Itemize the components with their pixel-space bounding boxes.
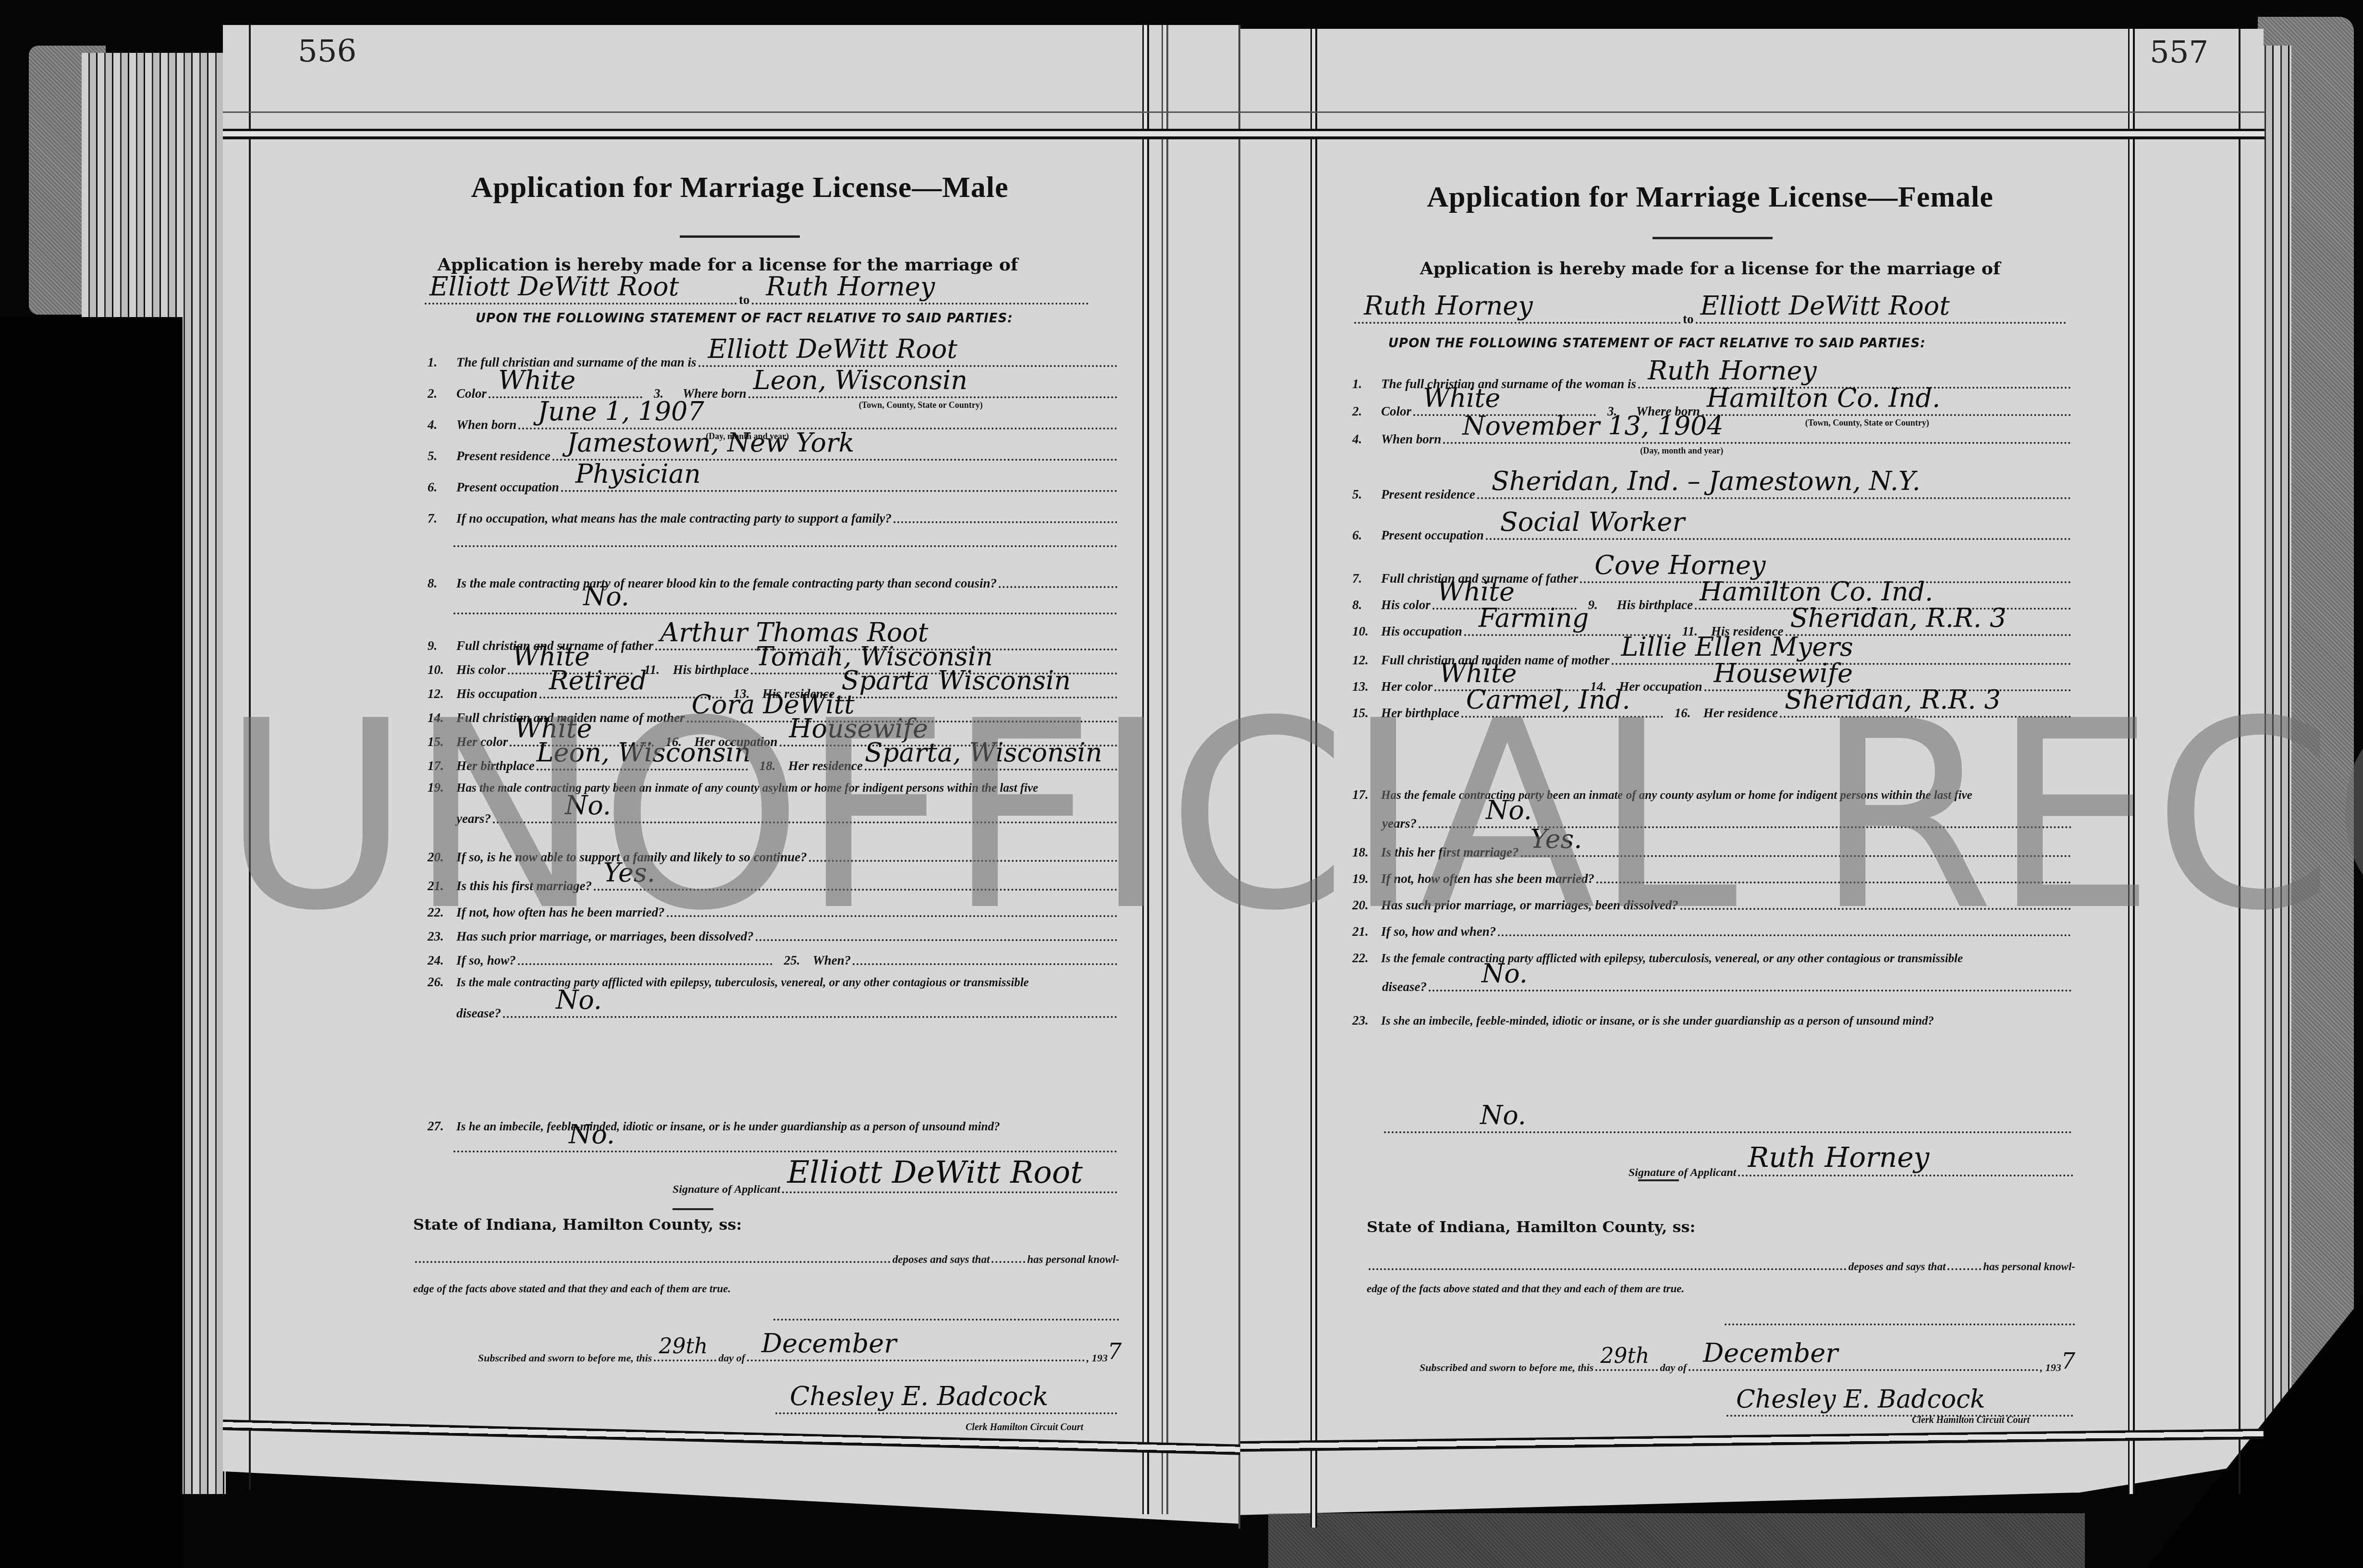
right-edge-text: edge of the facts above stated and that … [1367, 1283, 1684, 1295]
left-state-heading: State of Indiana, Hamilton County, ss: [413, 1215, 742, 1234]
left-form-title: Application for Marriage License—Male [418, 171, 1062, 205]
right-field-19: 19. If not, how often has she been marri… [1352, 857, 2073, 886]
right-field-4-value: November 13, 1904 [1462, 411, 1723, 441]
left-sworn-month: December [761, 1328, 896, 1359]
right-deposes-line: deposes and says that has personal knowl… [1367, 1249, 2075, 1273]
left-field-21-value: Yes. [603, 857, 655, 888]
left-statement-heading: UPON THE FOLLOWING STATEMENT OF FACT REL… [476, 311, 1013, 326]
left-field-5-value: Jamestown, New York [567, 428, 855, 458]
right-intro: Application is hereby made for a license… [1379, 258, 2042, 279]
left-field-8-answer: No. [452, 588, 1119, 617]
right-state-heading: State of Indiana, Hamilton County, ss: [1367, 1218, 1695, 1236]
right-field-1-value: Ruth Horney [1648, 355, 1817, 386]
rule-right-margin [2128, 29, 2135, 1494]
left-edge-text: edge of the facts above stated and that … [413, 1283, 731, 1295]
right-field-22-answer: disease? No. [1382, 966, 2074, 994]
right-field-8-value: White [1437, 576, 1515, 607]
rule-left-inner-2 [1162, 25, 1168, 1514]
right-field-15-16: 15. Her birthplace Carmel, Ind. 16. Her … [1352, 692, 2073, 721]
right-field-2-value: White [1423, 383, 1500, 413]
right-field-23-answer: No. [1382, 1107, 2074, 1136]
left-signature-line: Signature of Applicant Elliott DeWitt Ro… [673, 1158, 1119, 1196]
right-field-6: 6. Present occupation Social Worker [1352, 514, 2073, 543]
right-field-4-hint: (Day, month and year) [1640, 446, 1723, 456]
right-field-18-value: Yes. [1530, 824, 1582, 854]
right-party-a: Ruth Horney [1364, 291, 1533, 321]
right-field-15-value: Carmel, Ind. [1466, 685, 1630, 715]
right-field-3-value: Hamilton Co. Ind. [1707, 383, 1940, 413]
left-field-7-cont [452, 531, 1119, 550]
page-number-right: 557 [2150, 35, 2208, 70]
right-signature-rule [1638, 1179, 1679, 1181]
left-signature-rule [673, 1208, 713, 1210]
right-field-23: 23. Is she an imbecile, feeble-minded, i… [1352, 999, 2073, 1028]
right-field-7-value: Cove Horney [1594, 550, 1765, 580]
right-signature-line: Signature of Applicant Ruth Horney [1628, 1151, 2075, 1179]
left-field-6-value: Physician [575, 459, 701, 489]
right-field-17: 17. Has the female contracting party bee… [1352, 773, 2073, 802]
left-field-1-value: Elliott DeWitt Root [708, 334, 957, 364]
left-field-4-value: June 1, 1907 [538, 396, 704, 427]
left-field-21: 21. Is this his first marriage? Yes. [428, 865, 1119, 894]
rule-left-margin [249, 25, 251, 1490]
right-parties-line: Ruth Horney to Elliott DeWitt Root [1352, 288, 2068, 327]
right-field-14-value: Housewife [1714, 658, 1853, 688]
page-number-left: 556 [298, 34, 356, 69]
shadow-left-bottom [0, 317, 183, 1568]
left-field-27-value: No. [569, 1119, 615, 1150]
right-field-12-value: Lillie Ellen Myers [1621, 632, 1853, 662]
right-sworn-day: 29th [1600, 1344, 1649, 1368]
right-connector: to [1683, 312, 1694, 327]
left-field-26-value: No. [556, 985, 602, 1015]
left-sworn-line: Subscribed and sworn to before me, this … [478, 1335, 1122, 1364]
rule-right-inner [1310, 29, 1317, 1528]
right-statement-heading: UPON THE FOLLOWING STATEMENT OF FACT REL… [1388, 336, 1926, 351]
right-field-4: 4. When born November 13, 1904 (Day, mon… [1352, 418, 2073, 447]
right-title-rule [1653, 237, 1773, 239]
left-field-2-value: White [498, 365, 575, 395]
rule-gutter [1238, 25, 1240, 1529]
right-field-22-value: No. [1481, 958, 1528, 989]
left-field-6: 6. Present occupation Physician [428, 466, 1119, 495]
left-field-19: 19. Has the male contracting party been … [428, 771, 1119, 795]
left-deposes-line: deposes and says that has personal knowl… [413, 1242, 1119, 1266]
right-notary-blank [1725, 1323, 2075, 1325]
right-form-title: Application for Marriage License—Female [1359, 180, 2061, 214]
left-clerk-signature: Chesley E. Badcock [790, 1381, 1049, 1411]
left-field-26-answer: disease? No. [456, 992, 1119, 1021]
right-sworn-line: Subscribed and sworn to before me, this … [1420, 1345, 2075, 1374]
left-notary-blank [773, 1319, 1119, 1321]
book-cover-bottom [1268, 1513, 2085, 1568]
right-clerk-signature: Chesley E. Badcock [1736, 1385, 1985, 1414]
left-sworn-day: 29th [659, 1334, 708, 1359]
left-field-13-value: Sparta Wisconsin [842, 665, 1071, 696]
left-field-5: 5. Present residence Jamestown, New York [428, 435, 1119, 464]
left-year-digit: 7 [1108, 1338, 1122, 1364]
rule-right-edge [2239, 29, 2241, 1494]
left-field-18-value: Sparta, Wisconsin [865, 737, 1102, 768]
right-field-13-value: White [1439, 658, 1517, 688]
right-field-11-value: Sheridan, R.R. 3 [1790, 603, 2007, 633]
right-applicant-signature: Ruth Horney [1748, 1141, 1929, 1174]
left-field-3-value: Leon, Wisconsin [753, 365, 967, 395]
right-field-5-value: Sheridan, Ind. – Jamestown, N.Y. [1492, 466, 1921, 496]
right-field-9-value: Hamilton Co. Ind. [1700, 576, 1933, 607]
rule-top-thin [223, 111, 2265, 113]
left-field-27-answer: No. [452, 1127, 1119, 1155]
left-clerk-title: Clerk Hamilton Circuit Court [966, 1422, 1083, 1433]
left-field-26: 26. Is the male contracting party afflic… [428, 966, 1119, 990]
right-field-20: 20. Has such prior marriage, or marriage… [1352, 884, 2073, 913]
left-party-b: Ruth Horney [766, 271, 935, 302]
left-parties-line: Elliott DeWitt Root to Ruth Horney [423, 269, 1090, 307]
right-field-17-answer: years? No. [1382, 802, 2074, 831]
left-field-8: 8. Is the male contracting party of near… [428, 562, 1119, 591]
right-clerk-title: Clerk Hamilton Circuit Court [1912, 1415, 2030, 1426]
left-field-20: 20. If so, is he now able to support a f… [428, 836, 1119, 865]
right-field-5: 5. Present residence Sheridan, Ind. – Ja… [1352, 468, 2073, 502]
left-field-17-18: 17. Her birthplace Leon, Wisconsin 18. H… [428, 745, 1119, 773]
left-field-24-25: 24. If so, how? 25. When? [428, 939, 1119, 968]
left-field-19-value: No. [565, 790, 611, 821]
right-field-21: 21. If so, how and when? [1352, 910, 2073, 939]
right-field-6-value: Social Worker [1500, 507, 1685, 537]
left-connector: to [739, 293, 750, 307]
left-field-12-value: Retired [549, 665, 647, 696]
left-clerk-line: Chesley E. Badcock [773, 1384, 1119, 1417]
rule-left-inner [1142, 25, 1149, 1514]
left-field-17-value: Leon, Wisconsin [537, 737, 751, 768]
left-field-19-answer: years? No. [456, 797, 1119, 826]
right-field-16-value: Sheridan, R.R. 3 [1785, 685, 2001, 715]
right-field-18: 18. Is this her first marriage? Yes. [1352, 831, 2073, 860]
left-field-2-3: 2. Color White 3. Where born Leon, Wisco… [428, 372, 1119, 401]
right-field-23-value: No. [1480, 1100, 1526, 1130]
right-sworn-month: December [1703, 1338, 1838, 1368]
left-title-rule [680, 235, 800, 238]
right-year-digit: 7 [2061, 1348, 2075, 1374]
right-field-22: 22. Is the female contracting party affl… [1352, 937, 2073, 966]
rule-top-double [223, 129, 2265, 139]
right-field-17-value: No. [1486, 795, 1532, 825]
right-field-10-value: Farming [1479, 603, 1589, 633]
left-applicant-signature: Elliott DeWitt Root [787, 1155, 1083, 1190]
left-field-7: 7. If no occupation, what means has the … [428, 497, 1119, 526]
left-party-a: Elliott DeWitt Root [429, 271, 679, 302]
left-field-8-value: No. [583, 581, 629, 612]
right-party-b: Elliott DeWitt Root [1701, 291, 1950, 321]
